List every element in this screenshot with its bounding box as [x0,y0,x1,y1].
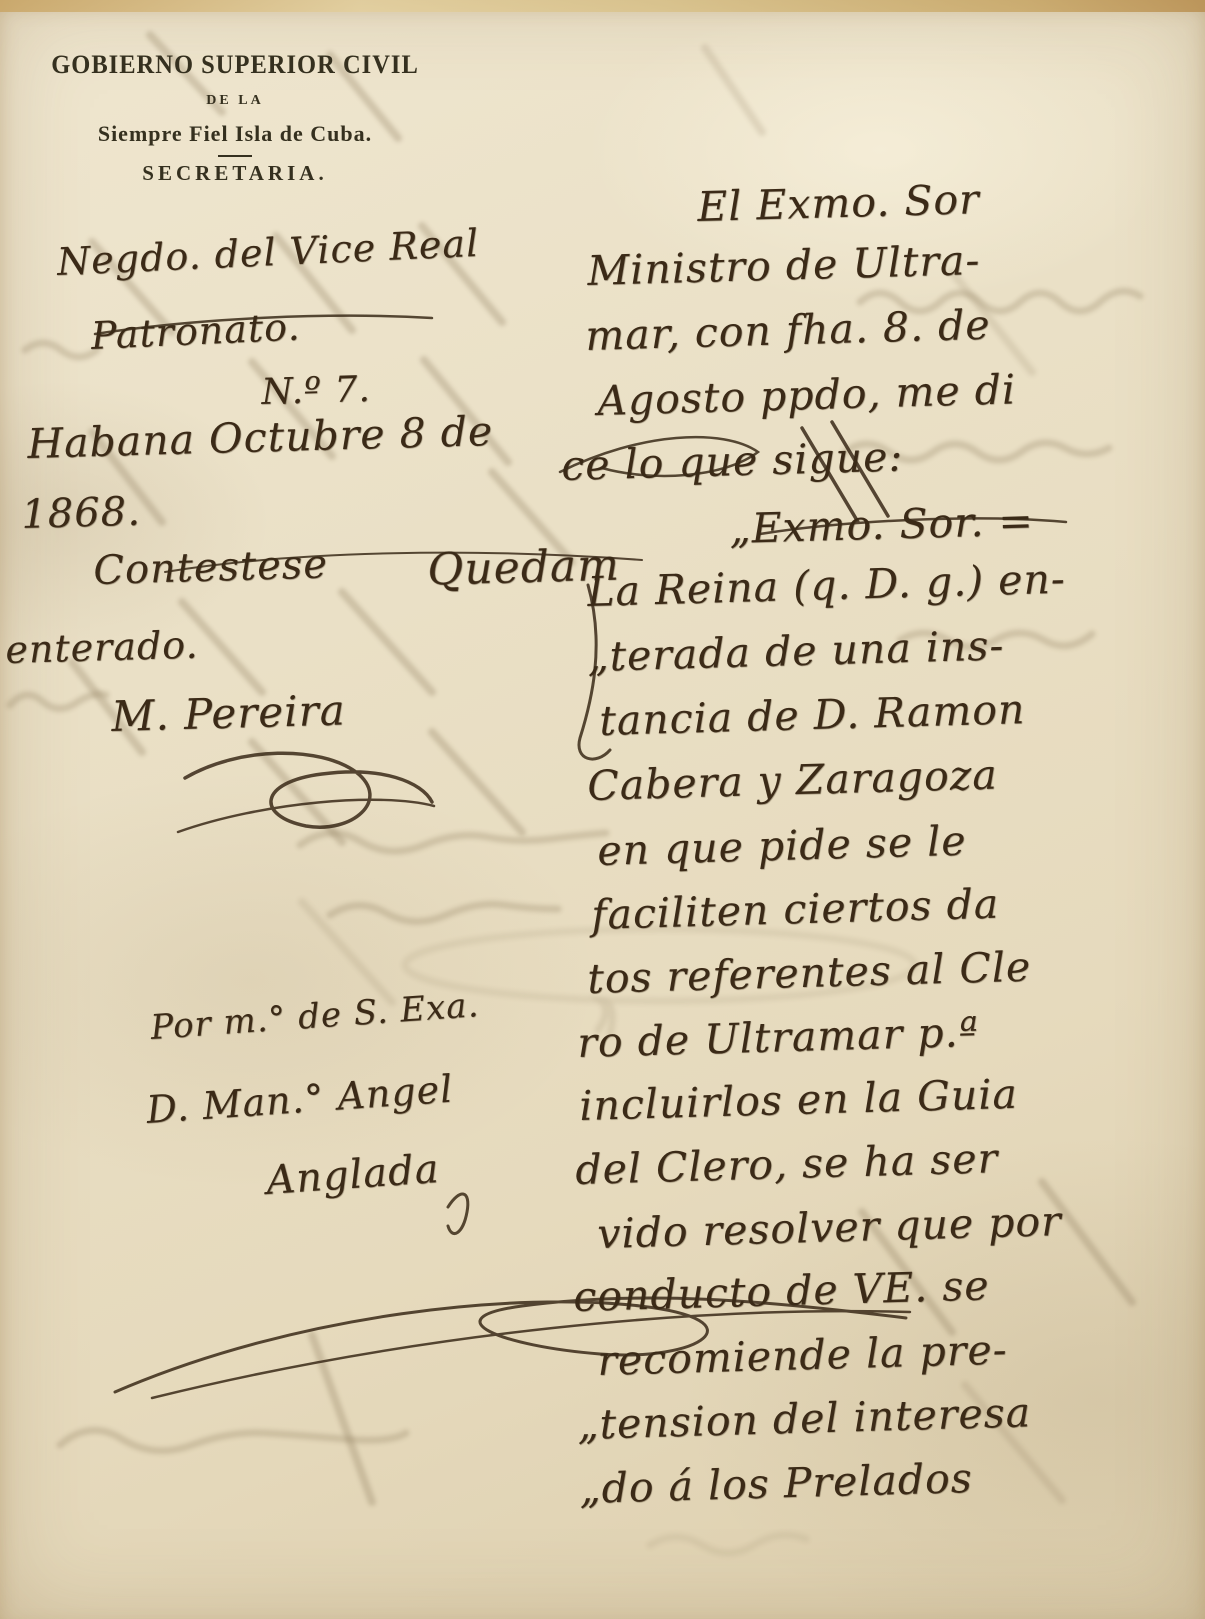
body-line: faciliten ciertos da [591,880,1000,939]
body-line: tos referentes al Cle [587,943,1032,1003]
body-line: Cabera y Zaragoza [587,751,999,810]
body-line: „terada de una ins- [587,621,1005,681]
body-line: en que pide se le [597,817,967,875]
secretary-signature: M. Pereira [111,685,347,741]
document-page: GOBIERNO SUPERIOR CIVIL DE LA Siempre Fi… [0,0,1205,1619]
decree-enterado: enterado. [5,623,199,672]
body-line: „do á los Prelados [579,1454,974,1513]
decree-contestese: Contestese [93,541,329,594]
body-line: Ministro de Ultra- [587,236,981,295]
body-line: La Reina (q. D. g.) en- [587,555,1067,616]
body-line: recomiende la pre- [597,1326,1008,1385]
addressee-line1: D. Man.° Angel [145,1067,455,1132]
negociado-note-line1: Negdo. del Vice Real [56,221,480,284]
signature-underline [178,800,434,832]
letterhead-divider [218,155,252,157]
body-line: ce lo que sigue: [561,432,904,490]
scan-top-edge [0,0,1205,12]
body-line: conducto de VE. se [573,1261,990,1321]
body-line: vido resolver que por [597,1197,1063,1258]
letterhead-secretaria: SECRETARIA. [30,161,440,186]
anglada-rubric [448,1194,468,1234]
date-line2: 1868. [21,489,142,538]
body-line: „Exmo. Sor. = [729,497,1035,553]
body-line: mar, con fha. 8. de [585,301,992,360]
file-number: N.º 7. [261,369,371,413]
body-line: del Clero, se ha ser [575,1134,999,1194]
body-line: Agosto ppdo, me di [597,365,1017,425]
negociado-note-line2: Patronato. [90,305,301,358]
addressee-line2: Anglada [265,1146,441,1204]
date-line1: Habana Octubre 8 de [27,407,494,468]
letterhead-government-title: GOBIERNO SUPERIOR CIVIL [26,50,444,80]
body-line: El Exmo. Sor [697,175,981,231]
letterhead: GOBIERNO SUPERIOR CIVIL DE LA Siempre Fi… [30,52,440,186]
letterhead-de-la: DE LA [30,93,440,109]
by-order-note: Por m.° de S. Exa. [149,985,480,1048]
body-line: „tension del interesa [577,1388,1032,1449]
signature-rubric [185,753,432,827]
letterhead-island-title: Siempre Fiel Isla de Cuba. [30,121,440,147]
body-line: tancia de D. Ramon [599,685,1026,745]
body-line: ro de Ultramar p.ª [577,1008,980,1067]
body-line: incluirlos en la Guia [579,1070,1019,1130]
